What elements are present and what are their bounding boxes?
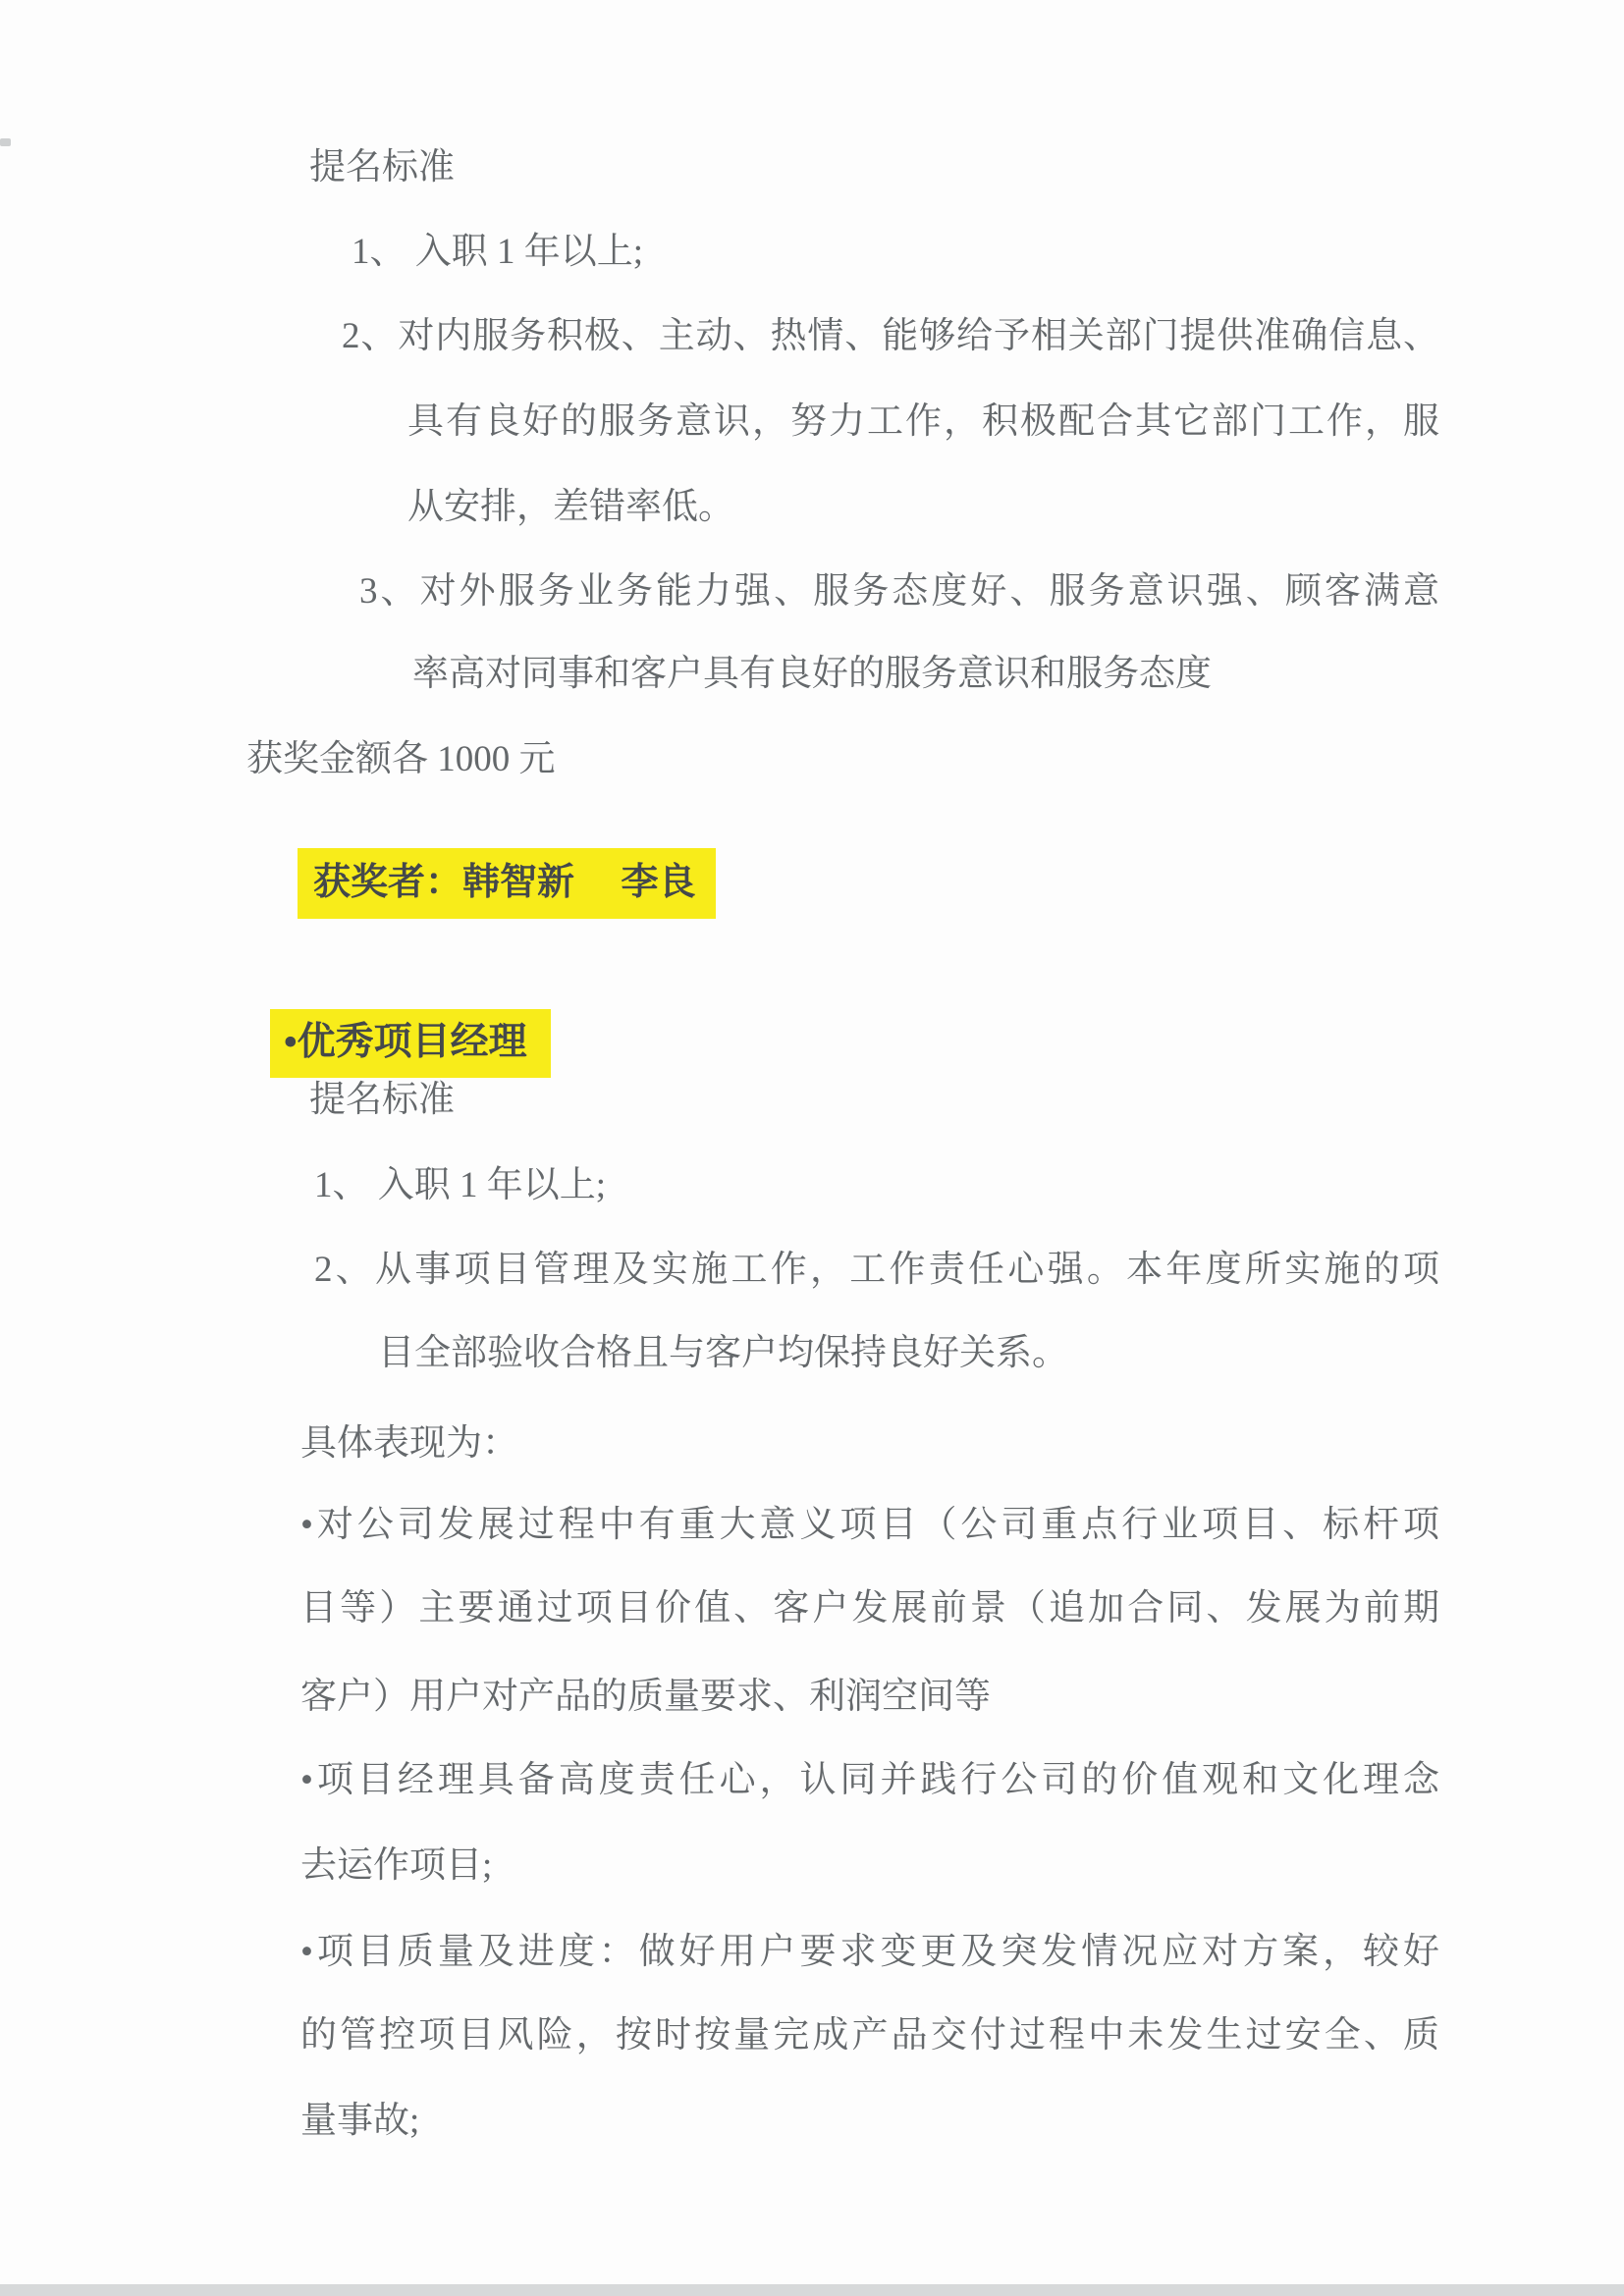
criteria-2-item-2-line-1: 2、从事项目管理及实施工作，工作责任心强。本年度所实施的项	[314, 1248, 1439, 1293]
award-title-highlight: •优秀项目经理	[270, 1009, 551, 1078]
criteria-1-item-1: 1、 入职 1 年以上;	[352, 230, 643, 275]
criteria-1-item-3-line-2: 率高对同事和客户具有良好的服务意识和服务态度	[412, 652, 1212, 697]
scan-edge-strip	[0, 2284, 1624, 2296]
detail-bullet-2-line-1: •项目经理具备高度责任心，认同并践行公司的价值观和文化理念	[300, 1758, 1439, 1803]
detail-bullet-1-line-2: 目等）主要通过项目价值、客户发展前景（追加合同、发展为前期	[300, 1586, 1439, 1631]
detail-bullet-3-line-2: 的管控项目风险，按时按量完成产品交付过程中未发生过安全、质	[300, 2013, 1439, 2058]
criteria-1-item-2-line-3: 从安排，差错率低。	[407, 485, 734, 530]
detail-bullet-2-line-2: 去运作项目;	[300, 1843, 492, 1889]
nomination-heading-1: 提名标准	[309, 145, 455, 190]
criteria-1-item-2-line-2: 具有良好的服务意识，努力工作，积极配合其它部门工作，服	[407, 400, 1439, 445]
detail-bullet-1-line-1: •对公司发展过程中有重大意义项目（公司重点行业项目、标杆项	[300, 1503, 1439, 1548]
details-label: 具体表现为：	[300, 1421, 518, 1467]
document-page: 提名标准 1、 入职 1 年以上; 2、对内服务积极、主动、热情、能够给予相关部…	[0, 0, 1624, 2296]
detail-bullet-1-line-3: 客户）用户对产品的质量要求、利润空间等	[300, 1675, 991, 1720]
detail-bullet-3-line-3: 量事故;	[300, 2099, 419, 2144]
nomination-heading-2: 提名标准	[309, 1078, 455, 1123]
criteria-1-item-2-line-1: 2、对内服务积极、主动、热情、能够给予相关部门提供准确信息、	[342, 314, 1439, 359]
winners-line: 获奖者：韩智新 李良	[261, 803, 716, 964]
criteria-1-item-3-line-1: 3、对外服务业务能力强、服务态度好、服务意识强、顾客满意	[359, 569, 1439, 614]
award-amount: 获奖金额各 1000 元	[246, 737, 556, 782]
winners-highlight: 获奖者：韩智新 李良	[298, 848, 716, 919]
detail-bullet-3-line-1: •项目质量及进度：做好用户要求变更及突发情况应对方案，较好	[300, 1930, 1439, 1975]
criteria-2-item-1: 1、 入职 1 年以上;	[314, 1163, 606, 1208]
scan-artifact-smudge	[0, 138, 11, 146]
criteria-2-item-2-line-2: 目全部验收合格且与客户均保持良好关系。	[378, 1331, 1068, 1376]
